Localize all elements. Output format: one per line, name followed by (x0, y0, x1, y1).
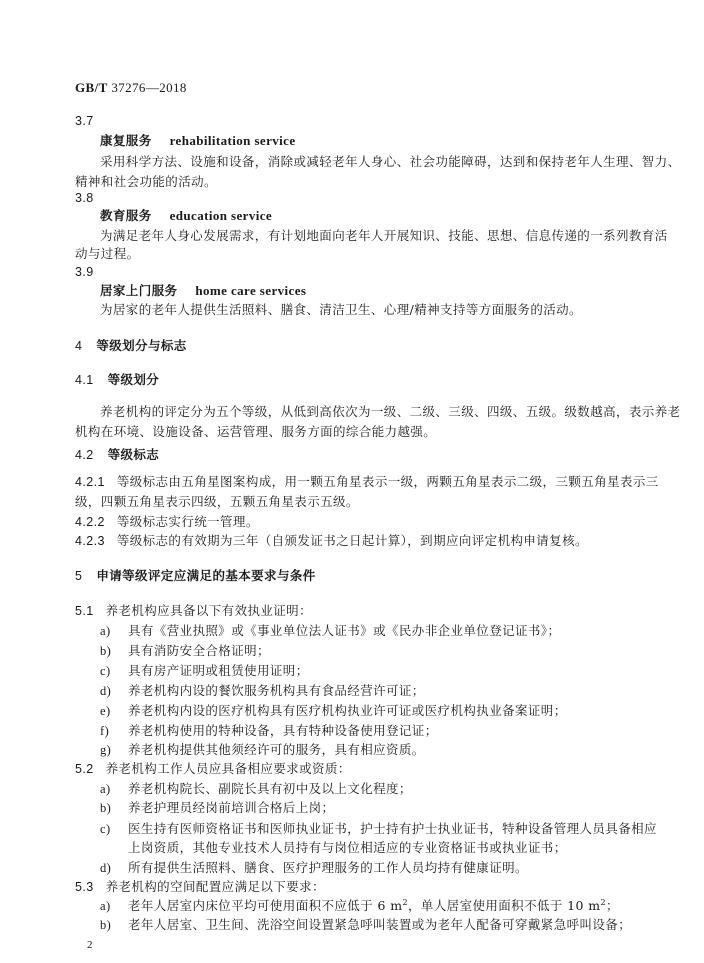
list-label: b) (100, 643, 128, 659)
list-text: 养老机构内设的餐饮服务机构具有食品经营许可证； (128, 683, 425, 698)
standard-code: 37276—2018 (111, 80, 187, 95)
standard-number: GB/T 37276—2018 (75, 80, 187, 96)
definition-line: 为居家的老年人提供生活照料、膳食、清洁卫生、心理/精神支持等方面服务的活动。 (100, 302, 582, 318)
clause-text: 养老机构工作人员应具备相应要求或资质： (106, 761, 351, 776)
clause-text: 养老机构应具备以下有效执业证明： (106, 603, 312, 618)
paragraph-line: 养老机构的评定分为五个等级，从低到高依次为一级、二级、三级、四级、五级。级数越高… (100, 404, 681, 420)
clause-line: 4.2.2等级标志实行统一管理。 (75, 514, 259, 530)
list-text: 所有提供生活照料、膳食、医疗护理服务的工作人员均持有健康证明。 (128, 860, 528, 875)
clause-text: 等级标志的有效期为三年（自颁发证书之日起计算），到期应向评定机构申请复核。 (117, 533, 588, 548)
clause-number: 5.1 (75, 604, 94, 618)
section-title: 等级划分与标志 (96, 338, 186, 353)
list-text: 养老护理员经岗前培训合格后上岗； (128, 800, 334, 815)
clause-line: 5.2养老机构工作人员应具备相应要求或资质： (75, 761, 351, 777)
list-label: c) (100, 663, 128, 679)
list-text: ； (606, 898, 619, 913)
clause-number: 4.2.1 (75, 475, 105, 489)
clause-number: 3.7 (75, 113, 94, 129)
list-item: e)养老机构内设的医疗机构具有医疗机构执业许可证或医疗机构执业备案证明； (100, 703, 567, 719)
list-label: a) (100, 898, 128, 914)
term-en: home care services (195, 283, 306, 298)
list-label: d) (100, 683, 128, 699)
list-label: c) (100, 821, 128, 837)
term-heading: 康复服务rehabilitation service (100, 133, 296, 149)
section-number: 4 (75, 339, 82, 353)
clause-text: 养老机构的空间配置应满足以下要求： (106, 879, 325, 894)
list-item: c)具有房产证明或租赁使用证明； (100, 663, 309, 679)
subsection-title: 等级划分 (108, 372, 160, 387)
definition-line: 动与过程。 (75, 246, 140, 262)
list-label: a) (100, 781, 128, 797)
definition-line: 采用科学方法、设施和设备，消除或减轻老年人身心、社会功能障碍，达到和保持老年人生… (100, 154, 681, 170)
page-number: 2 (87, 937, 93, 953)
section-heading: 4等级划分与标志 (75, 338, 187, 354)
clause-number: 5.3 (75, 880, 94, 894)
subsection-heading: 4.1等级划分 (75, 372, 159, 388)
section-number: 5 (75, 569, 82, 583)
list-item: a)养老机构院长、副院长具有初中及以上文化程度； (100, 781, 412, 797)
section-heading: 5申请等级评定应满足的基本要求与条件 (75, 568, 316, 584)
list-text: 老年人居室内床位平均可使用面积不应低于 6 m (128, 898, 402, 913)
list-text: 具有消防安全合格证明； (128, 643, 270, 658)
clause-line: 5.3养老机构的空间配置应满足以下要求： (75, 879, 325, 895)
clause-number: 3.9 (75, 264, 94, 280)
list-item: a)老年人居室内床位平均可使用面积不应低于 6 m2，单人居室使用面积不低于 1… (100, 898, 619, 914)
clause-line: 4.2.3等级标志的有效期为三年（自颁发证书之日起计算），到期应向评定机构申请复… (75, 533, 588, 549)
definition-line: 为满足老年人身心发展需求，有计划地面向老年人开展知识、技能、思想、信息传递的一系… (100, 228, 668, 244)
list-text: 医生持有医师资格证书和医师执业证书，护士持有护士执业证书，特种设备管理人员具备相… (128, 821, 657, 836)
clause-line: 5.1养老机构应具备以下有效执业证明： (75, 603, 312, 619)
list-item-continuation: 上岗资质，其他专业技术人员持有与岗位相适应的专业资格证书或执业证书； (128, 840, 567, 856)
list-text: ，单人居室使用面积不低于 10 m (408, 898, 601, 913)
list-text: 养老机构院长、副院长具有初中及以上文化程度； (128, 781, 412, 796)
subsection-number: 4.2 (75, 448, 94, 462)
list-label: b) (100, 800, 128, 816)
paragraph-line: 机构在环境、设施设备、运营管理、服务方面的综合能力越强。 (75, 424, 436, 440)
list-label: f) (100, 723, 128, 739)
list-item: f)养老机构使用的特种设备，具有特种设备使用登记证； (100, 723, 438, 739)
clause-number: 4.2.2 (75, 515, 105, 529)
term-en: education service (170, 208, 272, 223)
subsection-heading: 4.2等级标志 (75, 447, 159, 463)
list-label: d) (100, 860, 128, 876)
clause-number: 4.2.3 (75, 534, 105, 548)
standard-prefix: GB/T (75, 80, 108, 95)
list-item: b)养老护理员经岗前培训合格后上岗； (100, 800, 334, 816)
clause-line: 级，四颗五角星表示四级，五颗五角星表示五级。 (75, 494, 359, 510)
term-en: rehabilitation service (170, 133, 296, 148)
list-item: c)医生持有医师资格证书和医师执业证书，护士持有护士执业证书，特种设备管理人员具… (100, 821, 657, 837)
definition-line: 精神和社会功能的活动。 (75, 174, 217, 190)
clause-text: 等级标志由五角星图案构成，用一颗五角星表示一级，两颗五角星表示二级，三颗五角星表… (117, 474, 659, 489)
list-label: g) (100, 742, 128, 758)
clause-line: 4.2.1等级标志由五角星图案构成，用一颗五角星表示一级，两颗五角星表示二级，三… (75, 474, 659, 490)
term-heading: 教育服务education service (100, 208, 272, 224)
term-heading: 居家上门服务home care services (100, 283, 306, 299)
list-text: 具有《营业执照》或《事业单位法人证书》或《民办非企业单位登记证书》； (128, 623, 560, 638)
list-item: a)具有《营业执照》或《事业单位法人证书》或《民办非企业单位登记证书》； (100, 623, 560, 639)
clause-text: 等级标志实行统一管理。 (117, 514, 259, 529)
term-zh: 居家上门服务 (100, 283, 177, 298)
clause-number: 5.2 (75, 762, 94, 776)
list-text: 养老机构内设的医疗机构具有医疗机构执业许可证或医疗机构执业备案证明； (128, 703, 567, 718)
list-text: 养老机构提供其他须经许可的服务，具有相应资质。 (128, 742, 425, 757)
list-label: a) (100, 623, 128, 639)
list-text: 具有房产证明或租赁使用证明； (128, 663, 309, 678)
term-zh: 教育服务 (100, 208, 152, 223)
section-title: 申请等级评定应满足的基本要求与条件 (96, 568, 315, 583)
clause-number: 3.8 (75, 190, 94, 206)
list-item: b)具有消防安全合格证明； (100, 643, 270, 659)
list-text: 养老机构使用的特种设备，具有特种设备使用登记证； (128, 723, 438, 738)
list-item: g)养老机构提供其他须经许可的服务，具有相应资质。 (100, 742, 425, 758)
term-zh: 康复服务 (100, 133, 152, 148)
list-text: 老年人居室、卫生间、洗浴空间设置紧急呼叫装置或为老年人配备可穿戴紧急呼叫设备； (128, 917, 631, 932)
list-item: d)养老机构内设的餐饮服务机构具有食品经营许可证； (100, 683, 425, 699)
list-item: b)老年人居室、卫生间、洗浴空间设置紧急呼叫装置或为老年人配备可穿戴紧急呼叫设备… (100, 917, 631, 933)
list-label: e) (100, 703, 128, 719)
list-label: b) (100, 917, 128, 933)
list-item: d)所有提供生活照料、膳食、医疗护理服务的工作人员均持有健康证明。 (100, 860, 528, 876)
subsection-number: 4.1 (75, 373, 94, 387)
subsection-title: 等级标志 (108, 447, 160, 462)
